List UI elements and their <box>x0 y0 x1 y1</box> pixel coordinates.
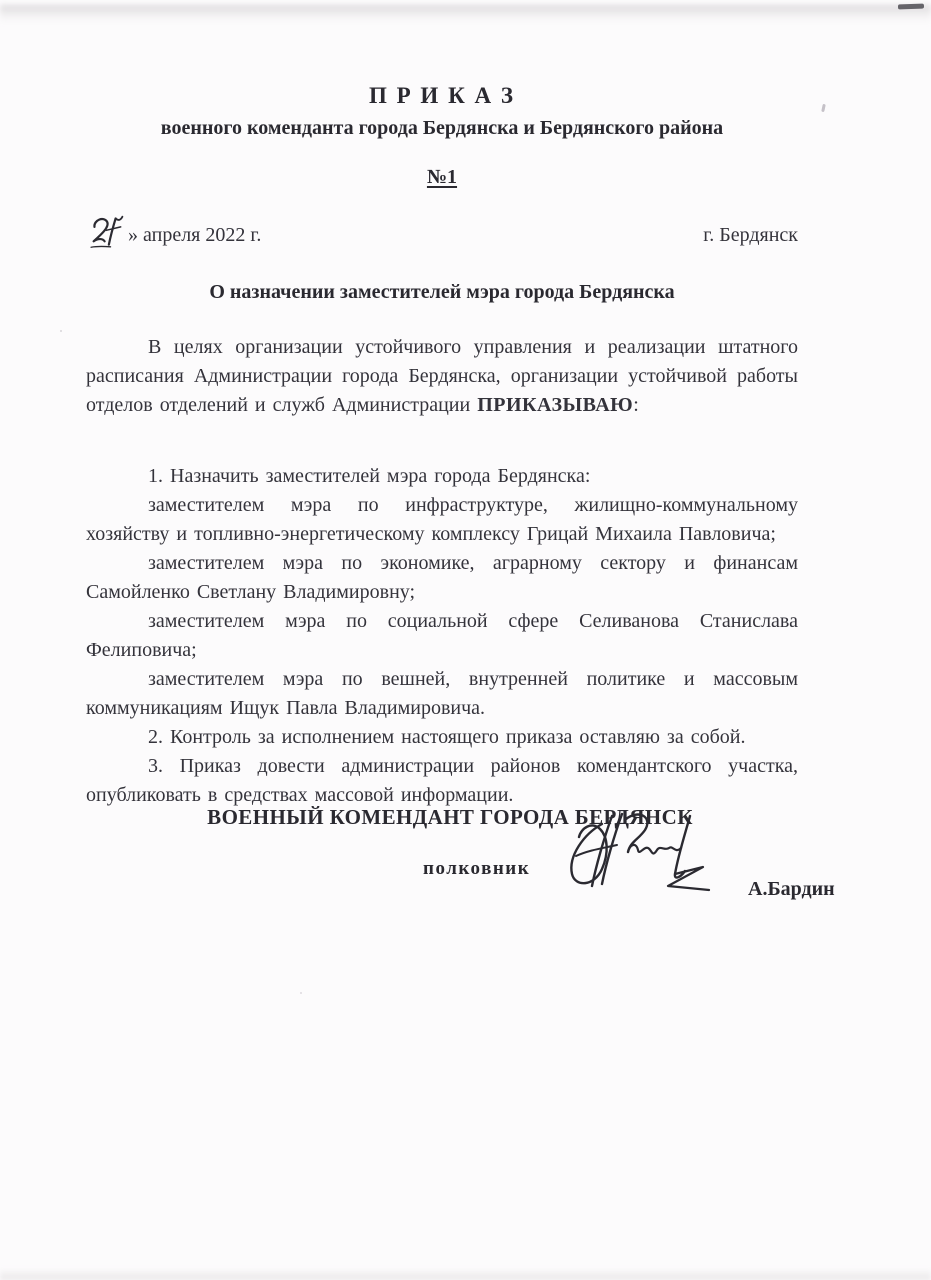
signatory-position-title: ВОЕННЫЙ КОМЕНДАНТ ГОРОДА БЕРДЯНСК <box>0 805 900 830</box>
document-body: П Р И К А З военного коменданта города Б… <box>86 82 798 810</box>
dateline-place: г. Бердянск <box>703 221 798 250</box>
scan-artifact-bottom-band <box>0 1268 931 1280</box>
scan-artifact-top-band <box>0 5 931 23</box>
preamble-paragraph: В целях организации устойчивого управлен… <box>86 333 798 420</box>
document-subtitle: военного коменданта города Бердянска и Б… <box>86 114 798 143</box>
order-item: 3. Приказ довести администрации районов … <box>86 752 798 810</box>
scan-speckle <box>300 992 302 994</box>
dateline-date-text: » апреля 2022 г. <box>128 224 261 246</box>
order-item: заместителем мэра по социальной сфере Се… <box>86 607 798 665</box>
order-item: 1. Назначить заместителей мэра города Бе… <box>86 462 798 491</box>
order-subject: О назначении заместителей мэра города Бе… <box>86 278 798 307</box>
signatory-rank: полковник <box>423 858 530 880</box>
order-item: 2. Контроль за исполнением настоящего пр… <box>86 723 798 752</box>
preamble-text: В целях организации устойчивого управлен… <box>86 336 798 416</box>
order-items-list: 1. Назначить заместителей мэра города Бе… <box>86 462 798 810</box>
signatory-name: А.Бардин <box>748 878 835 901</box>
handwritten-day-icon <box>86 211 130 253</box>
scan-artifact-corner-dash <box>898 4 924 10</box>
order-number: №1 <box>86 163 798 192</box>
scan-speckle <box>821 104 826 112</box>
scanned-order-document: П Р И К А З военного коменданта города Б… <box>0 0 931 1280</box>
preamble-keyword: ПРИКАЗЫВАЮ <box>477 394 633 416</box>
order-item: заместителем мэра по вешней, внутренней … <box>86 665 798 723</box>
dateline-date: » апреля 2022 г. <box>86 211 261 253</box>
document-title: П Р И К А З <box>86 82 798 110</box>
order-item: заместителем мэра по экономике, аграрном… <box>86 549 798 607</box>
scan-speckle <box>60 330 62 332</box>
dateline: » апреля 2022 г. г. Бердянск <box>86 211 798 253</box>
preamble-colon: : <box>633 394 639 416</box>
order-number-value: №1 <box>427 166 457 188</box>
handwritten-signature-icon <box>556 804 728 902</box>
order-item: заместителем мэра по инфраструктуре, жил… <box>86 491 798 549</box>
